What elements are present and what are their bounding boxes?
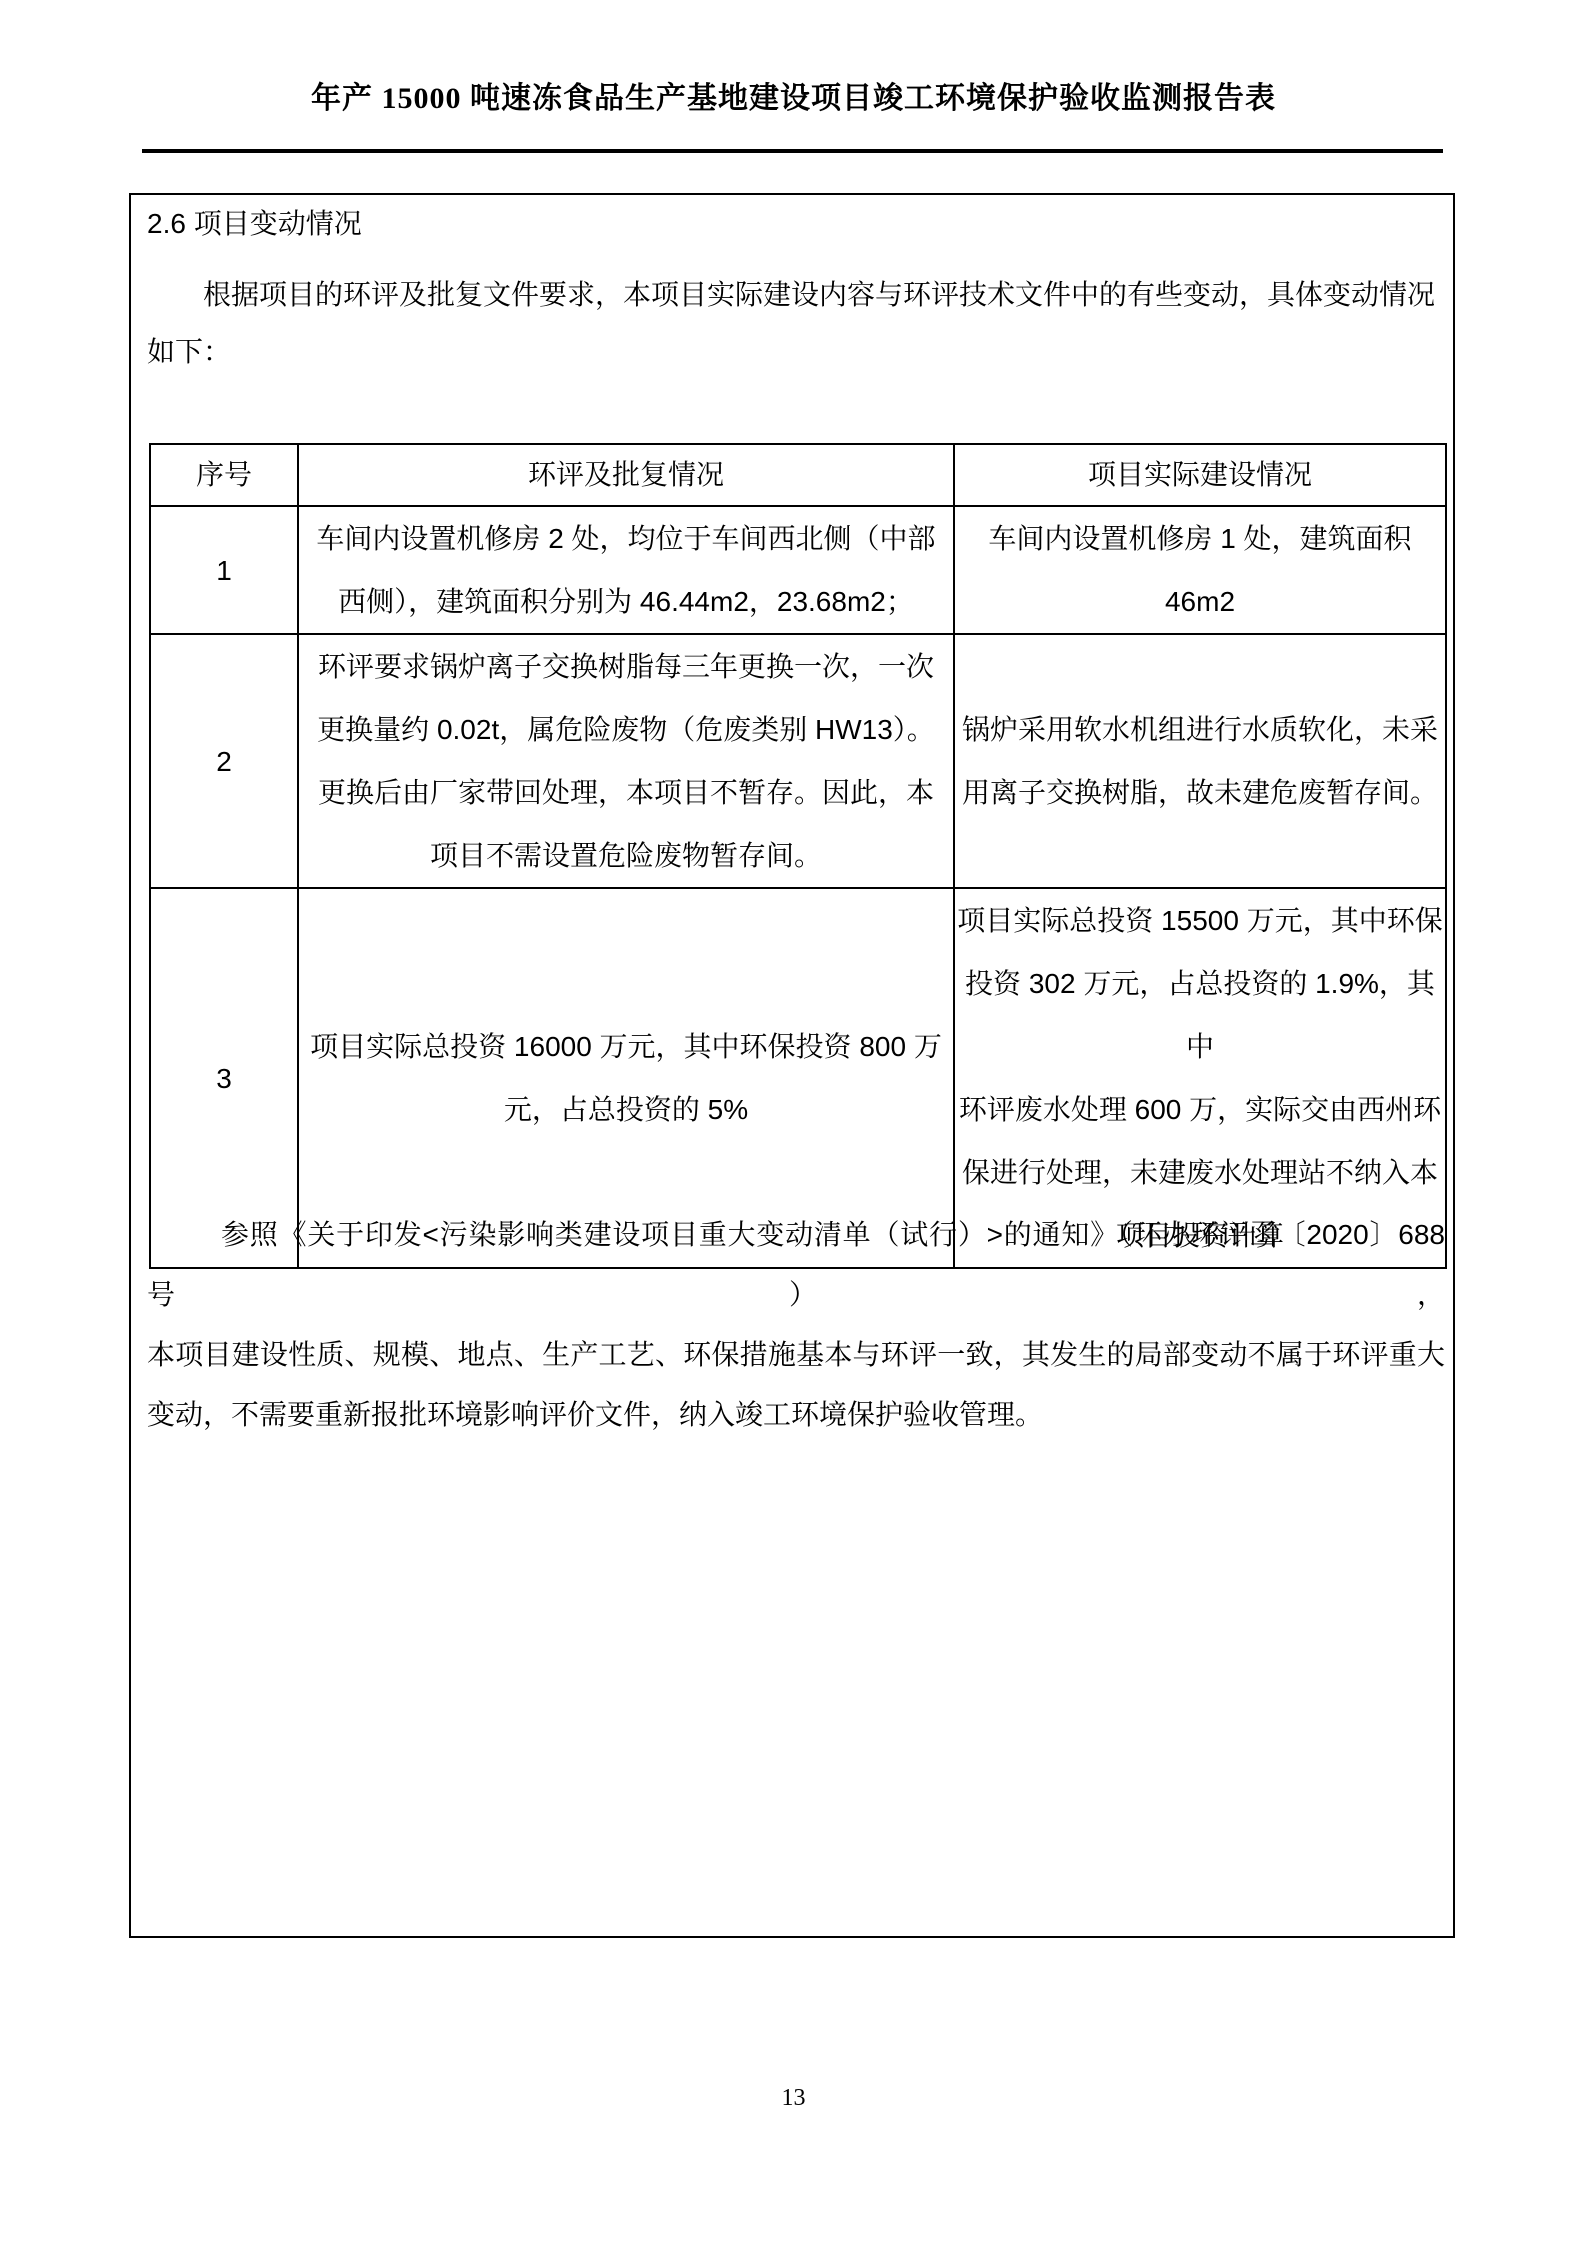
document-header-title: 年产 15000 吨速冻食品生产基地建设项目竣工环境保护验收监测报告表 <box>0 80 1587 118</box>
header-cell-index: 序号 <box>150 444 298 506</box>
closing-paragraph-line: 参照《关于印发<污染影响类建设项目重大变动清单（试行）>的通知》（环办环评函〔2… <box>147 1205 1445 1325</box>
page-number: 13 <box>0 2083 1587 2113</box>
eia-approval-cell: 环评要求锅炉离子交换树脂每三年更换一次，一次 更换量约 0.02t，属危险废物（… <box>298 634 954 888</box>
actual-construction-cell: 锅炉采用软水机组进行水质软化，未采 用离子交换树脂，故未建危废暂存间。 <box>954 634 1446 888</box>
closing-paragraph-line: 本项目建设性质、规模、地点、生产工艺、环保措施基本与环评一致，其发生的局部变动不… <box>147 1325 1445 1385</box>
table-row: 1 车间内设置机修房 2 处，均位于车间西北侧（中部 西侧），建筑面积分别为 4… <box>150 506 1446 634</box>
section-box: 2.6 项目变动情况 根据项目的环评及批复文件要求，本项目实际建设内容与环评技术… <box>129 193 1455 1938</box>
eia-approval-cell: 车间内设置机修房 2 处，均位于车间西北侧（中部 西侧），建筑面积分别为 46.… <box>298 506 954 634</box>
table-row: 2 环评要求锅炉离子交换树脂每三年更换一次，一次 更换量约 0.02t，属危险废… <box>150 634 1446 888</box>
closing-paragraph: 参照《关于印发<污染影响类建设项目重大变动清单（试行）>的通知》（环办环评函〔2… <box>147 1205 1445 1445</box>
closing-paragraph-line: 变动，不需要重新报批环境影响评价文件，纳入竣工环境保护验收管理。 <box>147 1385 1445 1445</box>
document-page: 年产 15000 吨速冻食品生产基地建设项目竣工环境保护验收监测报告表 2.6 … <box>0 0 1587 2245</box>
actual-construction-cell: 车间内设置机修房 1 处，建筑面积 46m2 <box>954 506 1446 634</box>
section-heading: 2.6 项目变动情况 <box>147 202 362 246</box>
row-index-cell: 2 <box>150 634 298 888</box>
intro-paragraph: 根据项目的环评及批复文件要求，本项目实际建设内容与环评技术文件中的有些变动，具体… <box>147 266 1445 380</box>
project-changes-table: 序号 环评及批复情况 项目实际建设情况 1 车间内设置机修房 2 处，均位于车间… <box>149 443 1447 1269</box>
table-header-row: 序号 环评及批复情况 项目实际建设情况 <box>150 444 1446 506</box>
row-index-cell: 1 <box>150 506 298 634</box>
header-cell-eia-approval: 环评及批复情况 <box>298 444 954 506</box>
header-rule <box>142 149 1443 153</box>
header-cell-actual-construction: 项目实际建设情况 <box>954 444 1446 506</box>
